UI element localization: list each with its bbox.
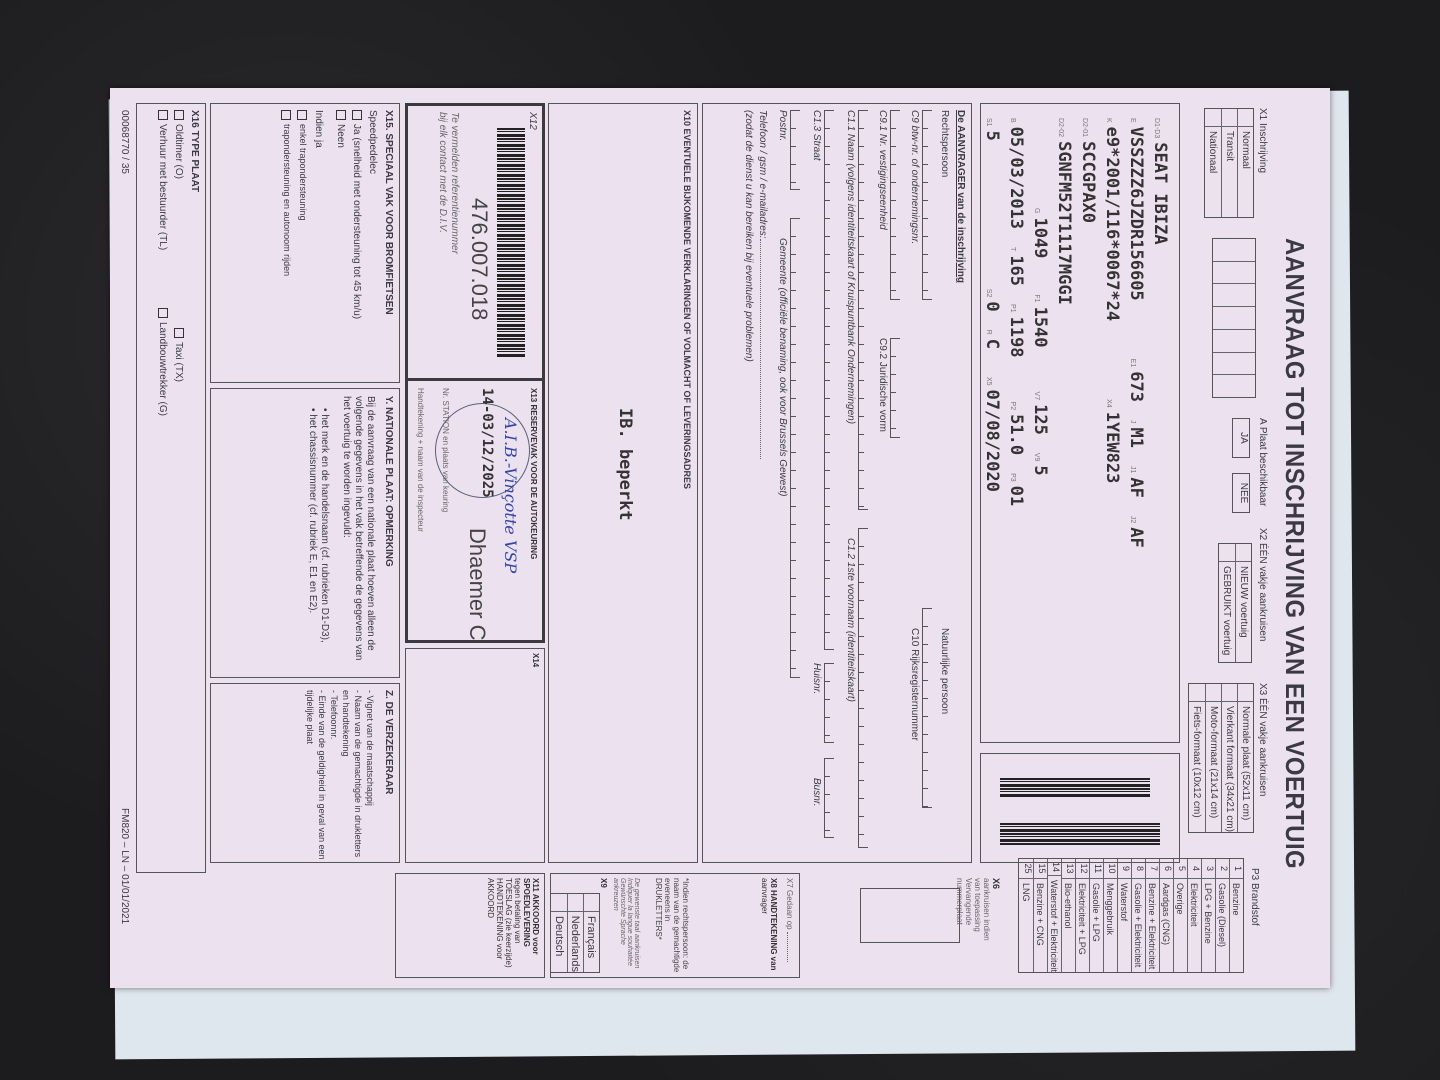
c11-input[interactable] [858, 110, 868, 510]
c9-label: C9 btw-nr. of ondernemingsnr. [909, 110, 920, 244]
plate-number: 1YEW823 [1102, 412, 1122, 484]
x8-signature-area[interactable] [705, 878, 745, 973]
plate-type-tl[interactable]: Verhuur met bestuurder (TL) [157, 110, 168, 250]
c91-label: C9.1 Nr. vestigingseenheid [877, 110, 888, 230]
type-approval-number: e9*2001/116*0067*24 [1102, 127, 1122, 321]
station-label: Nr. STATION en plaats van keuring [441, 388, 450, 512]
plate-type-g[interactable]: Landbouwtrekker (G) [157, 308, 168, 416]
checkbox[interactable] [352, 110, 362, 120]
checkbox[interactable] [336, 110, 346, 120]
c10-input[interactable] [922, 608, 932, 808]
vehicle-row: D2-02SGNFM52T1117MGGI [1054, 118, 1074, 305]
fuel-option[interactable]: 12Elektriciteit + LPG [1075, 859, 1089, 972]
x9-label: X9 [599, 878, 608, 888]
x10-remark: IB. beperkt [615, 408, 635, 521]
x12-note: Te vermelden referentienummer [449, 112, 460, 254]
huisnr-label: Huisnr. [811, 663, 822, 694]
x3-label: X3 ÉÉN vakje aankruisen [1257, 683, 1268, 796]
x1-option[interactable]: Transit [1221, 109, 1237, 217]
fuel-option[interactable]: 10Menggebruik [1103, 859, 1117, 972]
checkbox[interactable] [174, 110, 184, 120]
y-label: Y. NATIONALE PLAAT: OPMERKING [383, 396, 394, 567]
fuel-option[interactable]: 1Benzine [1229, 859, 1243, 972]
x1-options: Normaal Transit Nationaal [1204, 108, 1254, 218]
reference-barcode [497, 128, 525, 358]
busnr-label: Busnr. [811, 778, 822, 807]
option-autonoom[interactable]: trapondersteuning en autonoom rijden [281, 110, 292, 276]
natural-person-label: Natuurlijke persoon [939, 628, 950, 714]
x3-option[interactable]: Vierkant formaat (34x21 cm) [1221, 684, 1237, 832]
plate-available-ja[interactable]: JA [1232, 418, 1250, 458]
checkbox[interactable] [158, 110, 168, 120]
x3-option[interactable]: Moto-formaat (21x14 cm) [1205, 684, 1221, 832]
inspector-name: Dhaemer C [464, 528, 490, 640]
document-number: 00068770 / 35 [119, 110, 130, 174]
legal-person-label: Rechtspersoon [939, 110, 950, 177]
barcode-box [980, 753, 1180, 863]
x2-options: NIEUW voertuig GEBRUIKT voertuig [1218, 543, 1252, 663]
fuel-option[interactable]: 3LPG + Benzine [1201, 859, 1215, 972]
z-label: Z. DE VERZEKERAAR [383, 690, 394, 794]
reference-number: 476.007.018 [466, 198, 492, 320]
c92-input[interactable] [890, 338, 900, 438]
x12-label: X12 [527, 112, 538, 130]
plate-type-taxi[interactable]: Taxi (TX) [173, 328, 184, 382]
x1-label: X1 Inschrijving [1257, 108, 1268, 173]
x8-label: X8 HANDTEKENING vanaanvrager [760, 878, 778, 973]
fuel-option[interactable]: 15Benzine + CNG [1033, 859, 1047, 972]
c12-input[interactable] [858, 528, 868, 848]
x10-label: X10 EVENTUELE BIJKOMENDE VERKLARINGEN OF… [682, 110, 692, 489]
z-items: - Vignet van de maatschappij- Naam van d… [304, 690, 376, 860]
stamp-text: A.I.B.-Vinçotte VSP [501, 418, 520, 573]
x7-date-input[interactable] [787, 932, 788, 962]
checkbox[interactable] [297, 110, 307, 120]
checkbox[interactable] [158, 308, 168, 318]
vehicle-row: G1049 F11540 V7125 V95 [1030, 118, 1050, 476]
language-option-nl[interactable]: Nederlands [567, 894, 583, 972]
c13-label: C1.3 Straat [811, 110, 822, 161]
vehicle-row: EVSSZZZ6JZDR156605 E1673 JM1 J1AF J2AF [1126, 118, 1146, 548]
x7-label: X7 Gedaan op [785, 878, 794, 973]
fuel-option[interactable]: 11Gasolie + LPG [1089, 859, 1103, 972]
plate-number-boxes[interactable] [1212, 238, 1256, 398]
x1-option[interactable]: Normaal [1237, 109, 1253, 217]
first-registration-date: 05/03/2013 [1006, 127, 1026, 229]
x16-label: X16 TYPE PLAAT [189, 110, 200, 192]
busnr-input[interactable] [824, 758, 834, 838]
divider [407, 378, 543, 381]
x12-note: bij elk contact met de D.I.V. [437, 112, 448, 233]
fuel-options: 1Benzine2Gasolie (Diesel)3LPG + Benzine4… [1018, 858, 1244, 973]
plate-available-label: A Plaat beschikbaar [1257, 418, 1268, 506]
checkbox[interactable] [174, 328, 184, 338]
form-code: FM820 – LN – 01/01/2021 [119, 808, 130, 924]
postnr-input[interactable] [790, 110, 800, 190]
fuel-option[interactable]: 2Gasolie (Diesel) [1215, 859, 1229, 972]
c11-label: C1.1 Naam (volgens identiteitskaart of K… [845, 110, 856, 424]
c12-label: C1.2 1ste voornaam (identiteitskaart) [845, 538, 856, 702]
x2-option[interactable]: GEBRUIKT voertuig [1219, 544, 1235, 662]
x6-block: X6 aankruisen indienvan toepassingVervan… [955, 878, 1000, 968]
barcode-2 [1000, 823, 1160, 845]
vin-number: VSSZZZ6JZDR156605 [1126, 127, 1146, 301]
fuel-option[interactable]: 25LNG [1019, 859, 1033, 972]
plate-type-oldtimer[interactable]: Oldtimer (O) [173, 110, 184, 179]
fuel-option[interactable]: 4Elektriciteit [1187, 859, 1201, 972]
plate-available-nee[interactable]: NEE [1232, 473, 1250, 513]
speedpedelec-ja[interactable]: Ja (snelheid met ondersteuning tot 45 km… [351, 110, 362, 319]
option-trapondersteuning[interactable]: enkel trapondersteuning [297, 110, 308, 221]
c92-label: C9.2 Juridische vorm [877, 338, 888, 432]
vehicle-make-model: SEAT IBIZA [1150, 142, 1170, 244]
c13-input[interactable] [824, 110, 834, 650]
fuel-option[interactable]: 5Overige [1173, 859, 1187, 972]
fuel-option[interactable]: 6Aardgas (CNG) [1159, 859, 1173, 972]
contact-input[interactable] [760, 239, 761, 459]
indien-ja-label: Indien ja [313, 110, 324, 148]
signature-label: Handtekening + naam van de inspecteur [416, 388, 425, 532]
x3-options: Normale plaat (52x11 cm) Vierkant formaa… [1188, 683, 1254, 833]
x2-option[interactable]: NIEUW voertuig [1235, 544, 1251, 662]
x11-text: X11 AKKOORD voor SPOEDLEVERINGtegen beta… [486, 878, 540, 973]
speedpedelec-neen[interactable]: Neen [335, 110, 346, 148]
fuel-option[interactable]: 7Benzine + Elektriciteit [1145, 859, 1159, 972]
p3-label: P3 Brandstof [1249, 868, 1260, 926]
vehicle-row: B05/03/2013 T165 P11198 P251.0 P301 [1006, 118, 1026, 506]
x9-intro: De gewenste taal aankruisenIndiquer la l… [612, 878, 640, 973]
x9-language-options: Français Nederlands Deutsch [550, 893, 600, 973]
x3-option[interactable]: Fiets-formaat (10x12 cm) [1189, 684, 1205, 832]
huisnr-input[interactable] [824, 663, 834, 743]
x6-checkbox[interactable] [860, 888, 960, 943]
c91-input[interactable] [890, 110, 900, 300]
vehicle-row: S15 S20 RC X507/08/2020 [982, 118, 1002, 492]
fuel-option[interactable]: 14Waterstof + Elektriciteit [1047, 859, 1061, 972]
c10-label: C10 Rijksregisternummer [909, 628, 920, 741]
vehicle-row: Ke9*2001/116*0067*24 X41YEW823 [1102, 118, 1122, 483]
y-bullets: • het merk en de handelsnaam (cf. rubrie… [306, 408, 330, 668]
x14-box [405, 648, 545, 863]
postnr-label: Postnr. [777, 110, 788, 141]
language-option-de[interactable]: Deutsch [551, 894, 567, 972]
fuel-option[interactable]: 9Waterstof [1117, 859, 1131, 972]
contact-label: Telefoon / gsm / e-mailadres: [757, 110, 768, 459]
x15-label: X15. SPECIAAL VAK VOOR BROMFIETSEN [383, 110, 394, 315]
form-title: AANVRAAG TOT INSCHRIJVING VAN EEN VOERTU… [1279, 238, 1310, 869]
x3-option[interactable]: Normale plaat (52x11 cm) [1237, 684, 1253, 832]
fuel-option[interactable]: 8Gasolie + Elektriciteit [1131, 859, 1145, 972]
vehicle-row: D1-D3SEAT IBIZA [1150, 118, 1170, 245]
contact-note: (zodat de dienst u kan bereiken bij even… [743, 110, 754, 362]
language-option-fr[interactable]: Français [583, 894, 599, 972]
applicant-heading: De AANVRAGER van de inschrijving [955, 110, 966, 283]
fuel-option[interactable]: 13Bio-ethanol [1061, 859, 1075, 972]
gemeente-label: Gemeente (officiële benaming, ook voor B… [777, 238, 788, 496]
speedpedelec-label: Speedpedelec [367, 110, 378, 174]
x2-label: X2 ÉÉN vakje aankruisen [1257, 528, 1268, 641]
x1-option[interactable]: Nationaal [1205, 109, 1221, 217]
x14-label: X14 [531, 653, 540, 667]
gemeente-input[interactable] [790, 218, 800, 678]
x16-section [136, 103, 206, 873]
registration-form: AANVRAAG TOT INSCHRIJVING VAN EEN VOERTU… [110, 88, 1330, 988]
legal-person-note: *Indien rechtspersoon: de naam van de ge… [654, 878, 690, 973]
barcode-1 [1000, 778, 1150, 798]
c9-input[interactable] [922, 110, 932, 300]
inspection-date: 14-03/12/2025 [479, 388, 495, 498]
vehicle-row: D2-01SCCGPAX0 [1078, 118, 1098, 223]
checkbox[interactable] [281, 110, 291, 120]
y-text: Bij de aanvraag van een nationale plaat … [340, 396, 376, 671]
x13-label: X13 RESERVEVAK VOOR DE AUTOKEURING [529, 388, 538, 559]
